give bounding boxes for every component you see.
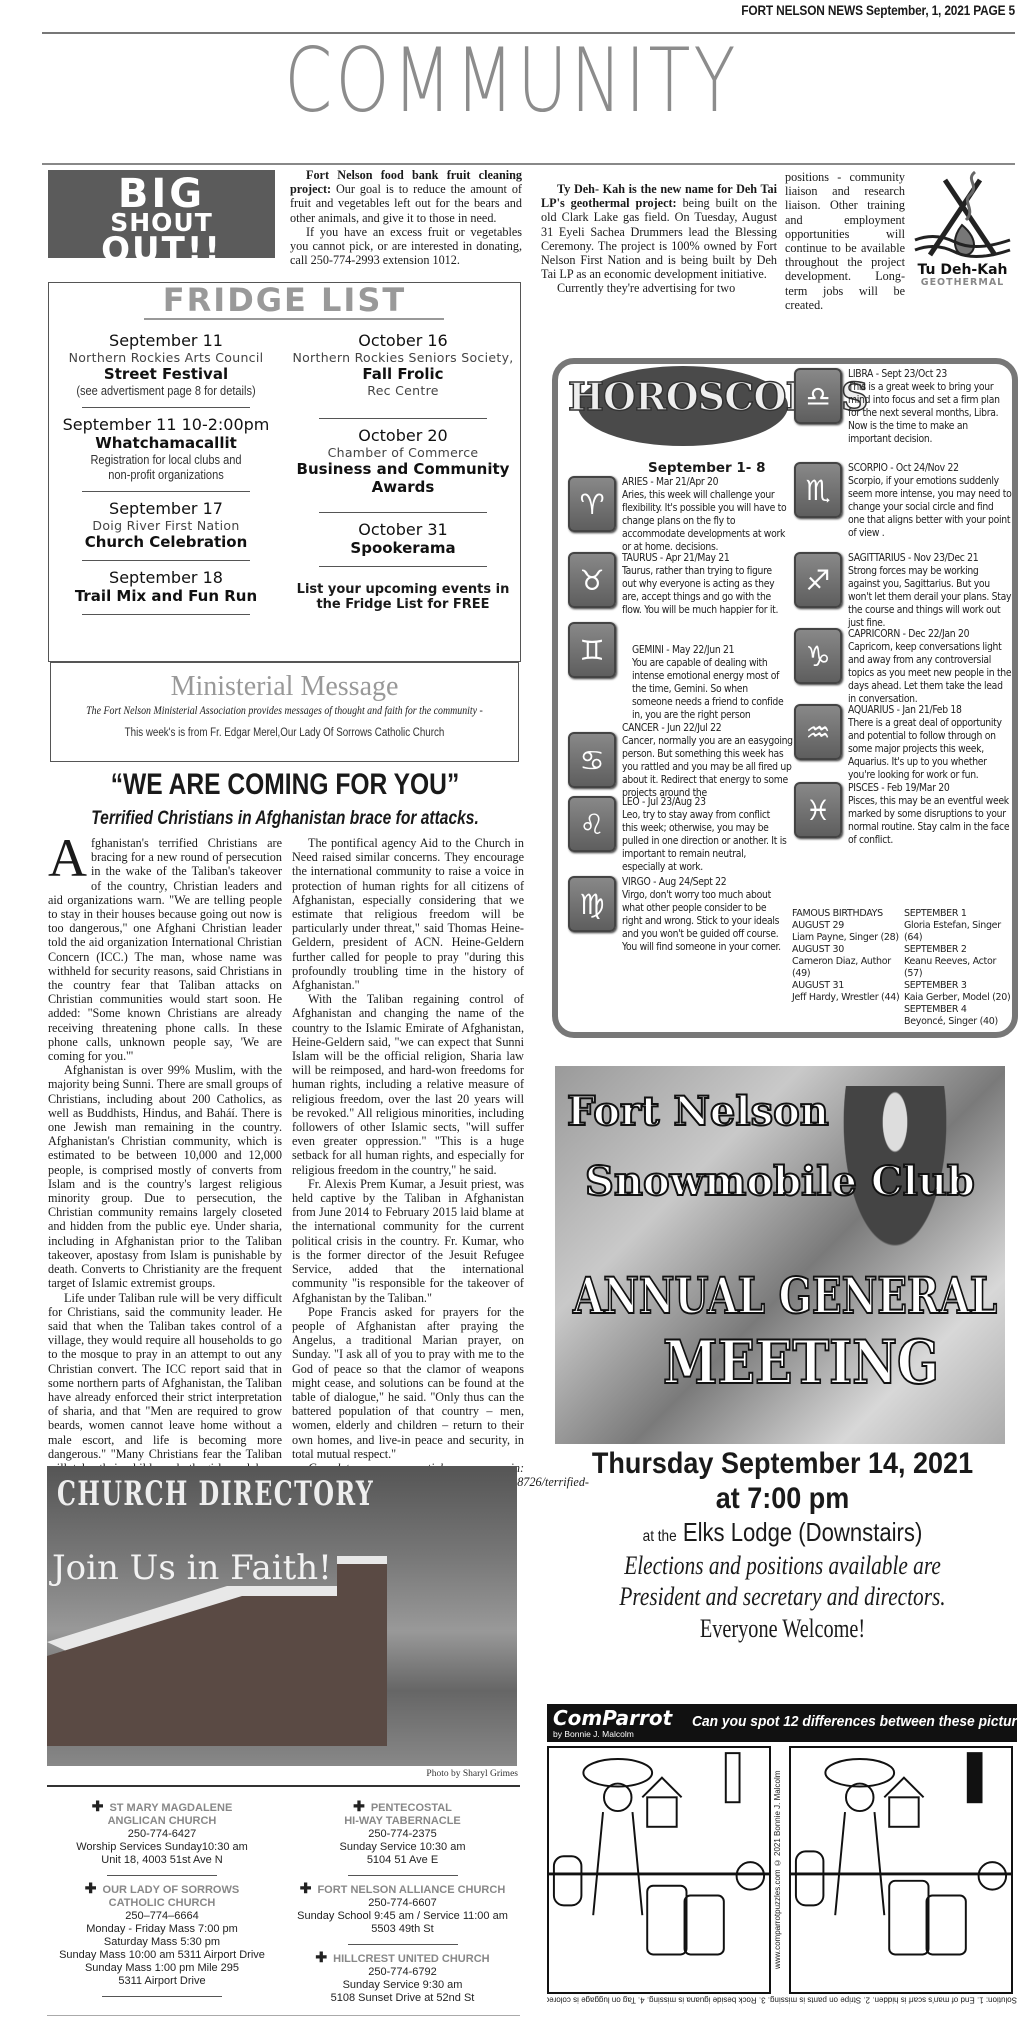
ad-line-3: ANNUAL GENERAL	[573, 1266, 997, 1325]
masthead: FORT NELSON NEWS September, 1, 2021 PAGE…	[741, 2, 1015, 18]
church-listing: ✚FORT NELSON ALLIANCE CHURCH 250-774-660…	[285, 1882, 520, 1936]
sign-text: Taurus, rather than trying to figure out…	[622, 565, 788, 617]
church-phone: 250-774-6607	[285, 1897, 520, 1910]
event-date: September 11 10-2:00pm	[51, 415, 281, 434]
sign-text: Leo, try to stay away from conflict this…	[622, 809, 788, 874]
geothermal-body-3: positions - community liaison and resear…	[785, 170, 905, 312]
horoscopes-logo: HOROSCOPES	[568, 358, 788, 454]
tu-deh-kah-logo: Tu Deh-Kah GEOTHERMAL	[910, 170, 1015, 288]
church-phone: 250–774–6664	[47, 1910, 277, 1923]
ministerial-message-box: Ministerial Message The Fort Nelson Mini…	[50, 662, 519, 762]
event-org: Northern Rockies Arts Council	[51, 350, 281, 365]
birthday-date: AUGUST 29	[792, 920, 902, 932]
horoscope-dates: September 1- 8	[648, 460, 766, 476]
church-service: Worship Services Sunday10:30 am	[47, 1841, 277, 1854]
church-name: OUR LADY OF SORROWS	[103, 1884, 240, 1896]
church-name: HILLCREST UNITED CHURCH	[333, 1953, 489, 1965]
ad-line-4: MEETING	[663, 1328, 939, 1398]
horoscopes-title: HOROSCOPES	[568, 374, 788, 419]
article-paragraph: Fr. Alexis Prem Kumar, a Jesuit priest, …	[292, 1177, 524, 1305]
cross-icon: ✚	[353, 1798, 365, 1814]
shout-line-3: OUT!!	[48, 235, 275, 266]
event-note: Registration for local clubs and non-pro…	[68, 452, 264, 482]
church-listings-left: ✚ST MARY MAGDALENE ANGLICAN CHURCH 250-7…	[47, 1800, 277, 2003]
sign-header: CAPRICORN - Dec 22/Jan 20	[848, 628, 1012, 641]
event-name: Whatchamacallit	[51, 434, 281, 452]
church-name: FORT NELSON ALLIANCE CHURCH	[317, 1884, 505, 1896]
sign-header: AQUARIUS - Jan 21/Feb 18	[848, 704, 1012, 717]
divider	[348, 1875, 458, 1876]
shout-line-1: BIG	[48, 176, 275, 212]
divider	[319, 512, 487, 513]
event-date: September 11	[51, 331, 281, 350]
birthday-person: Gloria Estefan, Singer (64)	[904, 920, 1014, 944]
big-shout-out-logo: BIG SHOUT OUT!!	[48, 170, 275, 258]
cross-icon: ✚	[315, 1949, 327, 1965]
famous-birthdays-right: SEPTEMBER 1 Gloria Estefan, Singer (64) …	[904, 908, 1014, 1028]
geothermal-body-2: Currently they're advertising for two	[541, 281, 777, 295]
scales-icon: ♎	[794, 368, 842, 424]
agm-positions: Elections and positions available are Pr…	[588, 1550, 978, 1612]
sign-header: ARIES - Mar 21/Apr 20	[622, 476, 788, 489]
article-headline: “WE ARE COMING FOR YOU”	[84, 768, 486, 802]
comparrot-question: Can you spot 12 differences between thes…	[692, 1713, 1023, 1730]
event-name: Fall Frolic	[289, 365, 517, 383]
fridge-list-cta: List your upcoming events in the Fridge …	[289, 570, 517, 612]
event-date: October 16	[289, 331, 517, 350]
fridge-list-title: FRIDGE LIST	[49, 281, 520, 319]
church-name-2: ANGLICAN CHURCH	[47, 1815, 277, 1828]
birthday-person: Cameron Diaz, Author (49)	[792, 956, 902, 980]
sign-virgo: ♍ VIRGO - Aug 24/Sept 22Virgo, don't wor…	[568, 876, 788, 954]
church-tower	[337, 1556, 387, 1746]
ministerial-title: Ministerial Message	[51, 663, 518, 703]
church-listings-right: ✚PENTECOSTAL HI-WAY TABERNACLE 250-774-2…	[285, 1800, 520, 2005]
church-directory-photo: CHURCH DIRECTORY Join Us in Faith!	[47, 1466, 517, 1766]
cross-icon: ✚	[300, 1880, 312, 1896]
birthday-date: AUGUST 30	[792, 944, 902, 956]
traveler-cartoon-icon	[791, 1748, 1011, 1992]
fridge-list-right-column: October 16 Northern Rockies Seniors Soci…	[289, 327, 517, 612]
sign-text: This is a great week to bring your mind …	[848, 381, 1012, 446]
sign-text: Pisces, this may be an eventful week mar…	[848, 795, 1012, 847]
sign-libra: ♎ LIBRA - Sept 23/Oct 23This is a great …	[794, 368, 1012, 446]
article-column-2: The pontifical agency Aid to the Church …	[292, 836, 524, 1518]
cross-icon: ✚	[85, 1880, 97, 1896]
birthday-person: Kaia Gerber, Model (20)	[904, 992, 1014, 1004]
church-address: 5108 Sunset Drive at 52nd St	[285, 1992, 520, 2005]
sign-header: SCORPIO - Oct 24/Nov 22	[848, 462, 1012, 475]
article-paragraph: Pope Francis asked for prayers for the p…	[292, 1305, 524, 1461]
church-service: Sunday Mass 10:00 am 5311 Airport Drive	[47, 1949, 277, 1962]
ram-icon: ♈	[568, 476, 616, 532]
church-service: Sunday Mass 1:00 pm Mile 295	[47, 1962, 277, 1975]
divider	[82, 491, 250, 492]
fridge-list: FRIDGE LIST September 11 Northern Rockie…	[48, 282, 521, 662]
snowmobile-ad-image: Fort Nelson Snowmobile Club ANNUAL GENER…	[555, 1066, 1005, 1444]
comparrot-byline: by Bonnie J. Malcolm	[553, 1729, 634, 1739]
geothermal-item: Ty Deh- Kah is the new name for Deh Tai …	[541, 182, 777, 296]
church-address: 5104 51 Ave E	[285, 1854, 520, 1867]
event-org: Doig River First Nation	[51, 518, 281, 533]
event-org: Chamber of Commerce	[289, 445, 517, 460]
sign-header: VIRGO - Aug 24/Sept 22	[622, 876, 788, 889]
crab-icon: ♋	[568, 732, 616, 788]
divider	[102, 1996, 222, 1997]
birthday-person: Jeff Hardy, Wrestler (44)	[792, 992, 902, 1004]
birthday-date: SEPTEMBER 3	[904, 980, 1014, 992]
comparrot-brand: ComParrot	[553, 1706, 672, 1730]
sign-header: PISCES - Feb 19/Mar 20	[848, 782, 1012, 795]
church-listing: ✚ST MARY MAGDALENE ANGLICAN CHURCH 250-7…	[47, 1800, 277, 1867]
birthday-date: SEPTEMBER 4	[904, 1004, 1014, 1016]
food-bank-body-2: If you have an excess fruit or vegetable…	[290, 225, 522, 268]
church-service: Sunday Service 9:30 am	[285, 1979, 520, 1992]
sign-taurus: ♉ TAURUS - Apr 21/May 21Taurus, rather t…	[568, 552, 788, 617]
agm-time: at 7:00 pm	[569, 1481, 997, 1516]
fridge-event: September 17 Doig River First Nation Chu…	[51, 495, 281, 557]
fridge-event: October 20 Chamber of Commerce Business …	[289, 422, 517, 502]
church-phone: 250-774-6427	[47, 1828, 277, 1841]
agm-date: Thursday September 14, 2021	[569, 1446, 997, 1481]
agm-date-time: Thursday September 14, 2021 at 7:00 pm	[569, 1446, 997, 1516]
birthday-date: SEPTEMBER 1	[904, 908, 1014, 920]
fridge-event: September 18 Trail Mix and Fun Run	[51, 564, 281, 611]
sign-header: SAGITTARIUS - Nov 23/Dec 21	[848, 552, 1012, 565]
ministerial-description: The Fort Nelson Ministerial Association …	[84, 705, 486, 717]
sign-aquarius: ♒ AQUARIUS - Jan 21/Feb 18There is a gre…	[794, 704, 1012, 782]
sign-sagittarius: ♐ SAGITTARIUS - Nov 23/Dec 21Strong forc…	[794, 552, 1012, 630]
photo-credit: Photo by Sharyl Grimes	[300, 1769, 518, 1779]
event-date: September 17	[51, 499, 281, 518]
sign-pisces: ♓ PISCES - Feb 19/Mar 20Pisces, this may…	[794, 782, 1012, 847]
church-service: Sunday Service 10:30 am	[285, 1841, 520, 1854]
sign-text: Aries, this week will challenge your fle…	[622, 489, 788, 554]
ad-line-2: Snowmobile Club	[585, 1158, 975, 1205]
sign-header: CANCER - Jun 22/Jul 22	[622, 722, 793, 735]
famous-birthdays-left: FAMOUS BIRTHDAYS AUGUST 29 Liam Payne, S…	[792, 908, 902, 1004]
event-note: Rec Centre	[289, 383, 517, 398]
sign-leo: ♌ LEO - Jul 23/Aug 23Leo, try to stay aw…	[568, 796, 788, 874]
article-subhead: Terrified Christians in Afghanistan brac…	[84, 808, 486, 830]
church-phone: 250-774-2375	[285, 1828, 520, 1841]
agm-welcome: Everyone Welcome!	[597, 1614, 968, 1644]
event-date: October 20	[289, 426, 517, 445]
section-rule	[42, 163, 1015, 165]
sign-text: Virgo, don't worry too much about what o…	[622, 889, 788, 954]
event-date: September 18	[51, 568, 281, 587]
maiden-icon: ♍	[568, 876, 616, 932]
church-listing: ✚OUR LADY OF SORROWS CATHOLIC CHURCH 250…	[47, 1882, 277, 1988]
birthday-date: SEPTEMBER 2	[904, 944, 1014, 956]
event-org: Northern Rockies Seniors Society,	[289, 350, 517, 365]
birthday-person: Keanu Reeves, Actor (57)	[904, 956, 1014, 980]
divider	[348, 1944, 458, 1945]
event-date: October 31	[289, 520, 517, 539]
tu-deh-kah-sub: GEOTHERMAL	[910, 277, 1015, 288]
church-directory-tagline: Join Us in Faith!	[52, 1548, 332, 1588]
church-name-2: HI-WAY TABERNACLE	[285, 1815, 520, 1828]
sign-aries: ♈ ARIES - Mar 21/Apr 20Aries, this week …	[568, 476, 788, 554]
event-name: Business and Community Awards	[289, 460, 517, 496]
birthdays-title: FAMOUS BIRTHDAYS	[792, 908, 902, 920]
cross-icon: ✚	[92, 1798, 104, 1814]
article-column-1: Afghanistan's terrified Christians are b…	[48, 836, 282, 1532]
sign-header: GEMINI - May 22/Jun 21	[632, 644, 788, 657]
sign-text: There is a great deal of opportunity and…	[848, 717, 1012, 782]
fridge-list-left-column: September 11 Northern Rockies Arts Counc…	[51, 327, 281, 618]
agm-venue-name: Elks Lodge (Downstairs)	[683, 1517, 923, 1547]
church-phone: 250-774-6792	[285, 1966, 520, 1979]
church-address: Unit 18, 4003 51st Ave N	[47, 1854, 277, 1867]
sign-cancer: ♋ CANCER - Jun 22/Jul 22Cancer, normally…	[568, 722, 793, 800]
agm-positions-line-2: President and secretary and directors.	[588, 1581, 978, 1612]
church-name-2: CATHOLIC CHURCH	[47, 1897, 277, 1910]
fish-icon: ♓	[794, 782, 842, 838]
sign-scorpio: ♏ SCORPIO - Oct 24/Nov 22Scorpio, if you…	[794, 462, 1012, 540]
divider	[319, 566, 487, 567]
sign-text: Cancer, normally you are an easygoing pe…	[622, 735, 793, 800]
fridge-event: October 16 Northern Rockies Seniors Soci…	[289, 327, 517, 404]
traveler-cartoon-icon	[549, 1748, 769, 1992]
church-directory-header: CHURCH DIRECTORY	[57, 1474, 374, 1514]
horoscopes-panel: HOROSCOPES September 1- 8 ♈ ARIES - Mar …	[552, 358, 1018, 1038]
divider	[82, 614, 250, 615]
puzzle-solution-upside-down: Solution: 1. End of man's scarf is hidde…	[547, 1995, 1017, 2005]
church-building	[47, 1596, 347, 1746]
divider	[319, 418, 487, 419]
divider	[47, 2015, 520, 2016]
article-paragraph: With the Taliban regaining control of Af…	[292, 992, 524, 1177]
event-name: Spookerama	[289, 539, 517, 557]
church-address: 5503 49th St	[285, 1923, 520, 1936]
sign-text: Strong forces may be working against you…	[848, 565, 1012, 630]
puzzle-picture-right	[789, 1746, 1013, 1994]
event-name: Church Celebration	[51, 533, 281, 551]
agm-at-the: at the	[643, 1528, 677, 1545]
bow-arrow-icon: ♐	[794, 552, 842, 608]
tu-deh-kah-name: Tu Deh-Kah	[910, 262, 1015, 278]
sign-text: You are capable of dealing with intense …	[632, 657, 788, 722]
divider	[107, 1875, 217, 1876]
comparrot-header: ComParrot by Bonnie J. Malcolm Can you s…	[547, 1704, 1017, 1742]
fridge-event: September 11 10-2:00pm Whatchamacallit R…	[51, 411, 281, 488]
sign-gemini: ♊ GEMINI - May 22/Jun 21You are capable …	[568, 632, 788, 722]
birthday-date: AUGUST 31	[792, 980, 902, 992]
water-bearer-icon: ♒	[794, 704, 842, 760]
event-name: Trail Mix and Fun Run	[51, 587, 281, 605]
event-name: Street Festival	[51, 365, 281, 383]
puzzle-picture-left	[547, 1746, 771, 1994]
sign-text: Capricorn, keep conversations light and …	[848, 641, 1012, 706]
agm-positions-line-1: Elections and positions available are	[588, 1550, 978, 1581]
fridge-event: October 31 Spookerama	[289, 516, 517, 563]
church-address: 5311 Airport Drive	[47, 1975, 277, 1988]
fridge-event: September 11 Northern Rockies Arts Counc…	[51, 327, 281, 404]
goat-icon: ♑	[794, 628, 842, 684]
sign-capricorn: ♑ CAPRICORN - Dec 22/Jan 20Capricorn, ke…	[794, 628, 1012, 706]
geothermal-tipi-icon	[910, 170, 1015, 260]
scorpion-icon: ♏	[794, 462, 842, 518]
food-bank-item: Fort Nelson food bank fruit cleaning pro…	[290, 168, 522, 267]
agm-venue: at the Elks Lodge (Downstairs)	[581, 1517, 985, 1548]
birthday-person: Liam Payne, Singer (28)	[792, 932, 902, 944]
comparrot-credit: www.comparrotpuzzles.com © 2021 Bonnie J…	[773, 1746, 785, 1994]
drop-cap: A	[48, 836, 91, 880]
lion-icon: ♌	[568, 796, 616, 852]
bull-icon: ♉	[568, 552, 616, 608]
birthday-person: Beyoncé, Singer (40)	[904, 1016, 1014, 1028]
twins-icon: ♊	[568, 622, 616, 678]
ad-line-1: Fort Nelson	[567, 1088, 829, 1135]
church-service: Saturday Mass 5:30 pm	[47, 1936, 277, 1949]
church-service: Sunday School 9:45 am / Service 11:00 am	[285, 1910, 520, 1923]
church-listing: ✚HILLCREST UNITED CHURCH 250-774-6792 Su…	[285, 1951, 520, 2005]
event-note: (see advertisment page 8 for details)	[68, 383, 264, 398]
church-listing: ✚PENTECOSTAL HI-WAY TABERNACLE 250-774-2…	[285, 1800, 520, 1867]
church-service: Monday - Friday Mass 7:00 pm	[47, 1923, 277, 1936]
church-name: ST MARY MAGDALENE	[109, 1802, 232, 1814]
ministerial-this-week: This week's is from Fr. Edgar Merel,Our …	[86, 727, 483, 739]
sign-header: LIBRA - Sept 23/Oct 23	[848, 368, 1012, 381]
sign-header: TAURUS - Apr 21/May 21	[622, 552, 788, 565]
divider	[47, 1785, 520, 1787]
sign-header: LEO - Jul 23/Aug 23	[622, 796, 788, 809]
section-title: COMMUNITY	[113, 30, 911, 131]
divider	[82, 560, 250, 561]
article-paragraph: The pontifical agency Aid to the Church …	[292, 836, 524, 992]
sign-text: Scorpio, if your emotions suddenly seem …	[848, 475, 1012, 540]
divider	[82, 407, 250, 408]
article-paragraph: Afghanistan is over 99% Muslim, with the…	[48, 1063, 282, 1290]
fridge-title-underline	[144, 318, 444, 320]
church-name: PENTECOSTAL	[371, 1802, 452, 1814]
